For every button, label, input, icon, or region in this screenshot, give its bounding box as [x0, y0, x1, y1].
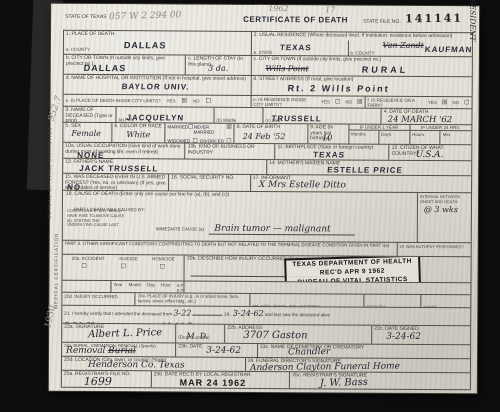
residence-limits-no-label: NO [345, 99, 352, 104]
field-date-signed: 22c. DATE SIGNED 3-24-62 [372, 326, 470, 345]
conditions-note: CONDITIONS, IF ANY, WHICH GAVE RISE TO A… [67, 209, 125, 229]
injury-ampm-label: a.m. p.m. [177, 282, 185, 291]
field-cemetery-name: 23c. NAME OF CEMETERY OR CREMATORY Chand… [258, 344, 470, 358]
accident-label: 20a. ACCIDENT [72, 256, 105, 261]
row-sex-race-age: 5. SEX Female 6. COLOR OR RACE White MAR… [63, 123, 471, 145]
color-or-race-value: White [126, 130, 150, 139]
field-residence-city: c. CITY OR TOWN (If outside city limits,… [251, 56, 471, 76]
scanned-death-certificate-page: { "header": { "state_of_texas": "STATE O… [0, 0, 500, 412]
field-injury-state: STATE [421, 295, 470, 307]
residence-county-value: KAUFMAN [424, 44, 472, 53]
certify-text-1: I hereby certify that I attended the dec… [72, 311, 172, 317]
field-autopsy: 19. WAS AUTOPSY PERFORMED? YES ☐ NO ☒ [397, 243, 471, 256]
suicide-label: SUICIDE [119, 256, 137, 261]
field-color-or-race: 6. COLOR OR RACE White [112, 123, 165, 142]
residence-farm-no-checkbox: ☐ [464, 100, 469, 106]
interval-label: INTERVAL BETWEEN ONSET AND DEATH [420, 194, 469, 204]
residence-state-label: a. STATE [254, 49, 273, 54]
length-of-stay-value: 3 da. [208, 64, 228, 73]
death-limits-yes-checkbox: ☒ [181, 98, 186, 104]
marital-divorced-label: DIVORCED [200, 139, 224, 143]
color-or-race-label: 6. COLOR OR RACE [114, 124, 162, 130]
field-death-inside-limits: e. IS PLACE OF DEATH INSIDE CITY LIMITS?… [64, 95, 252, 107]
field-injury-city: 20f. CITY, TOWN, OR LOCATION [250, 294, 364, 307]
field-residence-on-farm: f. IS RESIDENCE ON A FARM? YES ☒ NO ☐ [365, 97, 471, 109]
row-hospital-street: d. NAME OF HOSPITAL OR INSTITUTION (If n… [64, 75, 472, 97]
field-social-security-no: 16. SOCIAL SECURITY NO. [169, 174, 251, 190]
city-of-death-value: DALLAS [83, 63, 126, 73]
armed-forces-value: NO [67, 183, 82, 191]
certificate-title: CERTIFICATE OF DEATH [243, 15, 348, 25]
accident-checkbox: ☐ [81, 264, 86, 270]
certificate-header: STATE OF TEXAS 057 W 2 294 00 1962 17 CE… [63, 6, 473, 33]
date-of-death-value: 24 MARCH '62 [388, 115, 453, 125]
field-usual-occupation: 10a. USUAL OCCUPATION (Give kind of work… [63, 143, 185, 159]
field-date-of-birth: 8. DATE OF BIRTH 24 Feb '52 [235, 124, 309, 143]
field-date-of-death: 4. DATE OF DEATH 24 MARCH '62 [382, 109, 472, 125]
residence-limits-yes-checkbox: ☐ [335, 99, 340, 105]
disposition-location-value: Henderson Co. Texas [88, 360, 185, 371]
kind-of-business-label: 10b. KIND OF BUSINESS OR INDUSTRY [188, 145, 273, 157]
injury-day-label: Day [147, 282, 155, 291]
cemetery-name-value: Chandler [288, 347, 330, 357]
marital-never-married-label: NEVER MARRIED [194, 125, 227, 135]
state-file-number-stamp: 141141 [405, 12, 463, 26]
field-registrar-file-no: 25a. REGISTRAR'S FILE NO. 1699 [62, 371, 152, 388]
field-first-name: (a) First JACQUELYN [116, 107, 214, 123]
injury-hour-label: Hour [161, 282, 171, 291]
injury-year-label: Year [113, 282, 122, 291]
certify-to-value: 3-24-62 [233, 309, 264, 318]
part2-label: PART II. OTHER SIGNIFICANT CONDITIONS CO… [65, 242, 395, 249]
field-place-of-death-county: 1. PLACE OF DEATH a. COUNTY DALLAS [64, 31, 252, 55]
residence-state-value: TEXAS [279, 43, 312, 52]
physician-address-value: 3707 Gaston [243, 330, 307, 341]
registrar-signature-label: 25c. REGISTRAR'S SIGNATURE [292, 373, 468, 380]
first-name-value: JACQUELYN [126, 113, 184, 122]
cause-of-death-label: 18. CAUSE OF DEATH (Enter only one cause… [66, 192, 414, 200]
field-residence-county: b. COUNTY Van Zandt KAUFMAN [348, 40, 471, 56]
field-mother-maiden-name: 14. MOTHER'S MAIDEN NAME ESTELLE PRICE [267, 160, 471, 175]
residence-limits-no-checkbox: ☒ [357, 99, 362, 105]
disposition-date-value: 3-24-62 [206, 346, 241, 356]
disposition-type-value: Removal [66, 346, 105, 356]
immediate-cause-value: Brain tumor — malignant [208, 223, 354, 235]
field-part2-conditions: PART II. OTHER SIGNIFICANT CONDITIONS CO… [63, 241, 398, 256]
disposition-type-struck-value: Burial [108, 346, 136, 356]
degree-or-title-value: M. D. [186, 332, 208, 341]
sex-value: Female [71, 129, 101, 138]
residence-limits-yes-label: YES [321, 99, 330, 104]
name-of-deceased-label: 3. NAME OF DECEASED (Type or print) [65, 108, 113, 122]
field-if-under-24-hrs: IF UNDER 24 HRS. Hours Min. [410, 125, 471, 144]
field-hospital: d. NAME OF HOSPITAL OR INSTITUTION (If n… [64, 75, 252, 95]
row-physician-signature: 22a. SIGNATURE Albert L. Price (Degree o… [62, 324, 470, 345]
under-1-year-months-label: Months [349, 131, 379, 144]
field-disposition-date: 23b. DATE 3-24-62 [176, 343, 258, 356]
field-citizen-of: 12. CITIZEN OF WHAT COUNTRY? U.S.A. [390, 145, 472, 160]
immediate-cause-label: IMMEDIATE CAUSE (a) [156, 226, 204, 231]
field-accident-suicide-homicide: 20a. ACCIDENT SUICIDE HOMICIDE ☐ ☐ ☐ [62, 255, 185, 281]
field-residence-inside-limits: e. IS RESIDENCE INSIDE CITY LIMITS? YES … [251, 96, 365, 108]
funeral-director-value: Anderson Clayton Funeral Home [250, 362, 400, 373]
field-funeral-director: 24. FUNERAL DIRECTOR'S SIGNATURE Anderso… [246, 358, 470, 372]
homicide-label: HOMICIDE [152, 256, 175, 261]
social-security-no-label: 16. SOCIAL SECURITY NO. [171, 175, 248, 181]
citizen-of-value: U.S.A. [416, 150, 444, 160]
last-name-value: TRUSSELL [271, 114, 322, 123]
father-name-value: JACK TRUSSELL [79, 164, 159, 173]
date-of-birth-label: 8. DATE OF BIRTH [237, 125, 305, 131]
field-disposition-location: 23d. LOCATION (City, town, or county) (S… [62, 357, 246, 371]
registrar-signature-value: J. W. Bass [320, 377, 368, 389]
age-value: 10 [322, 133, 332, 142]
field-physician-address: 22b. ADDRESS 3707 Gaston [225, 325, 372, 344]
marital-widowed-checkbox: ☐ [192, 139, 197, 143]
under-24-hours-label: Hours [410, 131, 441, 144]
field-interval-onset-death: INTERVAL BETWEEN ONSET AND DEATH @ 3 wks [418, 193, 471, 242]
under-1-year-days-label: Days [379, 131, 409, 144]
field-city-of-death: b. CITY OR TOWN (If outside city limits,… [64, 55, 187, 75]
field-date-received: 25b. DATE REC'D BY LOCAL REGISTRAR MAR 2… [152, 371, 291, 388]
certify-blank-1 [193, 309, 223, 316]
certify-from-value: 3-22 [173, 308, 191, 317]
field-time-of-injury-columns: Year Month Day Hour a.m. p.m. [111, 281, 185, 292]
marital-divorced-checkbox: ☐ [226, 139, 231, 143]
residence-city-value: RURAL [361, 65, 408, 75]
field-describe-injury-continued [185, 282, 471, 295]
autopsy-label: 19. WAS AUTOPSY PERFORMED? [399, 244, 468, 249]
field-kind-of-business: 10b. KIND OF BUSINESS OR INDUSTRY [186, 144, 276, 160]
field-cause-of-death: 18. CAUSE OF DEATH (Enter only one cause… [63, 191, 418, 242]
physician-signature-value: Albert L. Price [88, 327, 162, 340]
residence-farm-no-label: NO [452, 100, 459, 105]
field-time-of-injury: 20c. TIME OF INJURY [62, 281, 111, 292]
interval-value: @ 3 wks [424, 205, 458, 214]
registrar-file-no-value: 1699 [84, 375, 112, 387]
field-informant: 17. INFORMANT X Mrs Estelle Ditto [251, 175, 471, 192]
medical-certification-vertical-label: MEDICAL CERTIFICATION [53, 233, 58, 309]
field-physician-signature: 22a. SIGNATURE Albert L. Price [62, 324, 176, 343]
field-birthplace: 11. BIRTHPLACE (State or foreign country… [275, 144, 389, 160]
death-limits-no-label: NO [193, 99, 200, 104]
row-registrar: 25a. REGISTRAR'S FILE NO. 1699 25b. DATE… [62, 371, 470, 390]
death-limits-no-checkbox: ☐ [206, 98, 211, 104]
homicide-checkbox: ☐ [160, 264, 165, 270]
certify-text-2: 19 , [224, 312, 232, 317]
field-registrar-signature: 25c. REGISTRAR'S SIGNATURE J. W. Bass [290, 372, 470, 389]
date-signed-value: 3-24-62 [386, 332, 421, 342]
suicide-checkbox: ☐ [121, 264, 126, 270]
injury-occurred-label: 20d. INJURY OCCURRED [64, 294, 132, 299]
county-of-death-value: DALLAS [123, 40, 166, 50]
residence-county-struck-value: Van Zandt [383, 40, 424, 49]
field-name-of-deceased: 3. NAME OF DECEASED (Type or print) [63, 107, 116, 122]
pencil-year: 1962 [268, 4, 288, 13]
death-limits-yes-label: YES [166, 98, 175, 103]
field-injury-county: COUNTY [364, 295, 421, 307]
state-of-texas-label: STATE OF TEXAS [65, 15, 106, 21]
row-accident-describe: 20a. ACCIDENT SUICIDE HOMICIDE ☐ ☐ ☐ 20b… [62, 255, 470, 283]
date-received-stamp: MAR 24 1962 [180, 377, 247, 387]
certify-number: 21. [64, 311, 70, 316]
field-place-of-injury: 20e. PLACE OF INJURY (e.g., in or about … [136, 293, 250, 306]
street-address-value: Rt. 2 Wills Point [287, 83, 390, 94]
field-age: 9. AGE (In years last birthday) 10 [308, 124, 349, 143]
date-of-birth-value: 24 Feb '52 [243, 132, 286, 141]
informant-value: X Mrs Estelle Ditto [259, 180, 346, 191]
field-describe-injury: 20b. DESCRIBE HOW INJURY OCCURRED (Enter… [185, 256, 471, 283]
residence-farm-yes-checkbox: ☒ [442, 100, 447, 106]
injury-county-label: COUNTY [366, 305, 385, 307]
place-of-injury-label: 20e. PLACE OF INJURY (e.g., in or about … [138, 294, 247, 304]
middle-name-label: (b) Middle [216, 118, 236, 123]
field-sex: 5. SEX Female [63, 123, 112, 142]
residence-farm-yes-label: YES [428, 100, 437, 105]
field-father-name: 13. FATHER'S NAME JACK TRUSSELL [63, 159, 267, 174]
place-of-death-label: 1. PLACE OF DEATH [66, 32, 249, 39]
certificate-paper: 952.7 1930 BUREAU OF VITAL STATISTICS ME… [49, 4, 479, 394]
birthplace-value: TEXAS [313, 150, 346, 159]
pencil-number: 17 [325, 5, 335, 14]
left-margin-vertical-text: BUREAU OF VITAL STATISTICS [47, 127, 53, 219]
under-24-min-label: Min. [441, 131, 472, 144]
row-city: b. CITY OR TOWN (If outside city limits,… [64, 55, 472, 77]
death-inside-limits-label: e. IS PLACE OF DEATH INSIDE CITY LIMITS? [66, 98, 161, 104]
residence-city-label: c. CITY OR TOWN (If outside city limits,… [253, 57, 469, 64]
injury-month-label: Month [128, 282, 141, 291]
field-street-address: d. STREET ADDRESS (If rural, give locati… [251, 76, 471, 96]
field-length-of-stay: c. LENGTH OF STAY (In this place) 3 da. [186, 56, 251, 75]
pencil-code: 057 W 2 294 00 [109, 10, 181, 22]
certify-text-3: and last saw the deceased alive [265, 312, 330, 317]
field-residence-state: a. STATE TEXAS [252, 39, 349, 55]
residence-county-label: b. COUNTY [350, 50, 374, 55]
injury-state-label: STATE [423, 305, 437, 307]
county-of-death-label: a. COUNTY [66, 46, 90, 51]
field-last-name: (c) Last TRUSSELL [263, 108, 381, 124]
field-usual-residence: 2. USUAL RESIDENCE (Where deceased lived… [252, 32, 472, 56]
received-stamp: TEXAS DEPARTMENT OF HEALTH REC'D APR 9 1… [285, 256, 422, 283]
field-middle-name: (b) Middle [214, 108, 263, 123]
mother-maiden-name-value: ESTELLE PRICE [327, 165, 404, 174]
residence-inside-limits-label: e. IS RESIDENCE INSIDE CITY LIMITS? [253, 96, 316, 106]
field-if-under-1-year: IF UNDER 1 YEAR Months Days [349, 125, 410, 144]
row-cause-of-death: 18. CAUSE OF DEATH (Enter only one cause… [63, 191, 471, 243]
usual-occupation-value: NONE [77, 151, 105, 159]
field-injury-occurred: 20d. INJURY OCCURRED WHILE AT WORK ☐ NOT… [62, 293, 136, 305]
residence-farm-label: f. IS RESIDENCE ON A FARM? [367, 97, 423, 107]
field-certification-statement: 21. I hereby certify that I attended the… [62, 306, 470, 325]
residence-city-struck-value: Wills Point [265, 64, 308, 73]
field-armed-forces: 15. WAS DECEASED EVER IN U.S. ARMED FORC… [63, 174, 169, 191]
certificate-form: 1. PLACE OF DEATH a. COUNTY DALLAS 2. US… [61, 30, 473, 390]
marital-married-label: MARRIED [167, 124, 188, 134]
row-place-residence: 1. PLACE OF DEATH a. COUNTY DALLAS 2. US… [64, 31, 472, 57]
hospital-value: BAYLOR UNIV. [121, 82, 190, 91]
field-marital-status: MARRIED ☐ NEVER MARRIED ☒ WIDOWED ☐ DIVO… [165, 123, 234, 142]
state-file-no-label: STATE FILE NO. [363, 20, 401, 26]
field-disposition-type: 23a. BURIAL, CREMATION, REMOVAL (Specify… [62, 343, 176, 357]
field-degree-or-title: (Degree or title) M. D. [176, 324, 225, 342]
marital-widowed-label: WIDOWED [167, 138, 190, 142]
marital-never-married-checkbox: ☒ [226, 125, 231, 135]
